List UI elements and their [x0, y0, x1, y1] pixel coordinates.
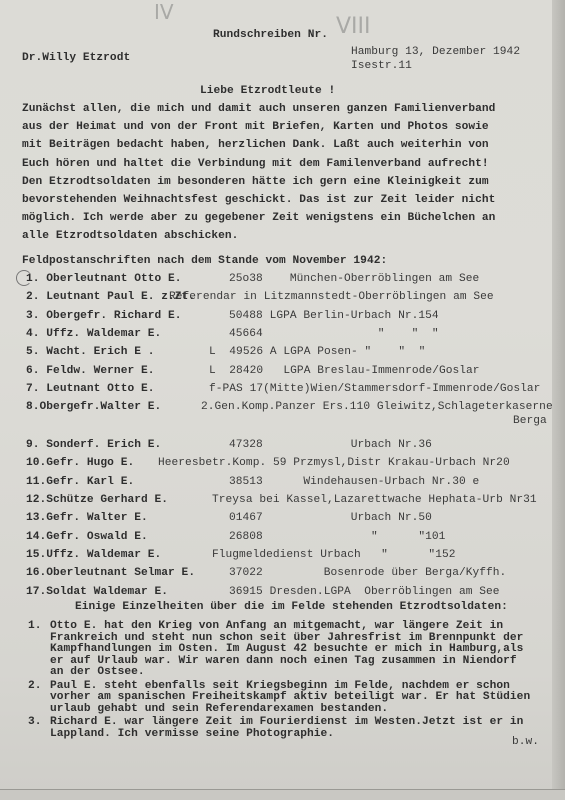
- soldier-name: 7. Leutnant Otto E.: [26, 383, 155, 395]
- soldier-name: 16.Oberleutnant Selmar E.: [26, 567, 195, 579]
- intro-line: mit Beiträgen bedacht haben, herzlichen …: [22, 139, 489, 151]
- detail-number: 1.: [28, 620, 42, 632]
- soldier-name: 8.Obergefr.Walter E.: [26, 401, 161, 413]
- field-post-address: 01467 Urbach Nr.50: [229, 512, 432, 524]
- soldier-name: 14.Gefr. Oswald E.: [26, 531, 148, 543]
- field-post-address: Heeresbetr.Komp. 59 Przmysl,Distr Krakau…: [158, 457, 510, 469]
- soldier-name: 13.Gefr. Walter E.: [26, 512, 148, 524]
- detail-line: an der Ostsee.: [50, 666, 145, 678]
- field-post-address: L 49526 A LGPA Posen- " " ": [209, 346, 425, 358]
- soldier-name: 4. Uffz. Waldemar E.: [26, 328, 161, 340]
- detail-line: Otto E. hat den Krieg von Anfang an mitg…: [50, 620, 503, 632]
- detail-line: Lappland. Ich vermisse seine Photographi…: [50, 728, 334, 740]
- soldier-name: 11.Gefr. Karl E.: [26, 476, 134, 488]
- soldier-name: 6. Feldw. Werner E.: [26, 365, 155, 377]
- detail-line: Paul E. steht ebenfalls seit Kriegsbegin…: [50, 680, 510, 692]
- detail-line: Kampfhandlungen im Osten. Im August 42 b…: [50, 643, 523, 655]
- page-bottom-edge: [0, 789, 565, 800]
- field-post-address: 37022 Bosenrode über Berga/Kyffh.: [229, 567, 506, 579]
- intro-line: aus der Heimat und von der Front mit Bri…: [22, 121, 489, 133]
- intro-line: bevorstehenden Weihnachtsfest geschickt.…: [22, 194, 495, 206]
- field-post-address-continued: Berga: [513, 415, 547, 427]
- place-date: Hamburg 13, Dezember 1942: [351, 46, 520, 58]
- field-post-address: 25o38 München-Oberröblingen am See: [229, 273, 479, 285]
- sender-name: Dr.Willy Etzrodt: [22, 52, 130, 64]
- field-post-address: L 28420 LGPA Breslau-Immenrode/Goslar: [209, 365, 480, 377]
- list-heading: Feldpostanschriften nach dem Stande vom …: [22, 255, 387, 267]
- field-post-address: f-PAS 17(Mitte)Wien/Stammersdorf-Immenro…: [209, 383, 540, 395]
- soldier-name: 3. Obergefr. Richard E.: [26, 310, 182, 322]
- intro-line: möglich. Ich werde aber zu gegebener Zei…: [22, 212, 495, 224]
- soldier-name: 5. Wacht. Erich E .: [26, 346, 155, 358]
- detail-number: 3.: [28, 716, 42, 728]
- footer-turn-over: b.w.: [512, 736, 539, 748]
- detail-line: urlaub gehabt und sein Referendarexamen …: [50, 703, 388, 715]
- field-post-address: 36915 Dresden.LGPA Oberröblingen am See: [229, 586, 500, 598]
- soldier-name: 10.Gefr. Hugo E.: [26, 457, 134, 469]
- intro-line: Zunächst allen, die mich und damit auch …: [22, 103, 495, 115]
- salutation: Liebe Etzrodtleute !: [200, 85, 335, 97]
- intro-line: alle Etzrodtsoldaten abschicken.: [22, 230, 238, 242]
- field-post-address: Flugmeldedienst Urbach " "152: [212, 549, 456, 561]
- field-post-address: 2.Gen.Komp.Panzer Ers.110 Gleiwitz,Schla…: [201, 401, 553, 413]
- detail-line: vorher am spanischen Freiheitskampf akti…: [50, 691, 530, 703]
- detail-line: Richard E. war längere Zeit im Fourierdi…: [50, 716, 523, 728]
- field-post-address: Referendar in Litzmannstedt-Oberröblinge…: [169, 291, 494, 303]
- soldier-name: 15.Uffz. Waldemar E.: [26, 549, 161, 561]
- soldier-name: 17.Soldat Waldemar E.: [26, 586, 168, 598]
- details-heading: Einige Einzelheiten über die im Felde st…: [75, 601, 508, 613]
- field-post-address: 50488 LGPA Berlin-Urbach Nr.154: [229, 310, 439, 322]
- intro-line: Euch hören und haltet die Verbindung mit…: [22, 158, 489, 170]
- soldier-name: 1. Oberleutnant Otto E.: [26, 273, 182, 285]
- field-post-address: 47328 Urbach Nr.36: [229, 439, 432, 451]
- soldier-name: 12.Schütze Gerhard E.: [26, 494, 168, 506]
- detail-number: 2.: [28, 680, 42, 692]
- intro-line: Den Etzrodtsoldaten im besonderen hätte …: [22, 176, 489, 188]
- pencil-mark-number: VIII: [336, 14, 371, 39]
- sender-address: Isestr.11: [351, 60, 412, 72]
- page-edge: [552, 0, 565, 800]
- field-post-address: Treysa bei Kassel,Lazarettwache Hephata-…: [212, 494, 537, 506]
- field-post-address: 45664 " " ": [229, 328, 439, 340]
- detail-line: Frankreich und steht nun schon seit über…: [50, 632, 523, 644]
- field-post-address: 38513 Windehausen-Urbach Nr.30 e: [229, 476, 479, 488]
- detail-line: er auf Urlaub war. Wir waren dann noch e…: [50, 655, 517, 667]
- soldier-name: 9. Sonderf. Erich E.: [26, 439, 161, 451]
- letter-title: Rundschreiben Nr.: [213, 29, 328, 41]
- pencil-mark: IV: [154, 0, 174, 24]
- field-post-address: 26808 " "101: [229, 531, 445, 543]
